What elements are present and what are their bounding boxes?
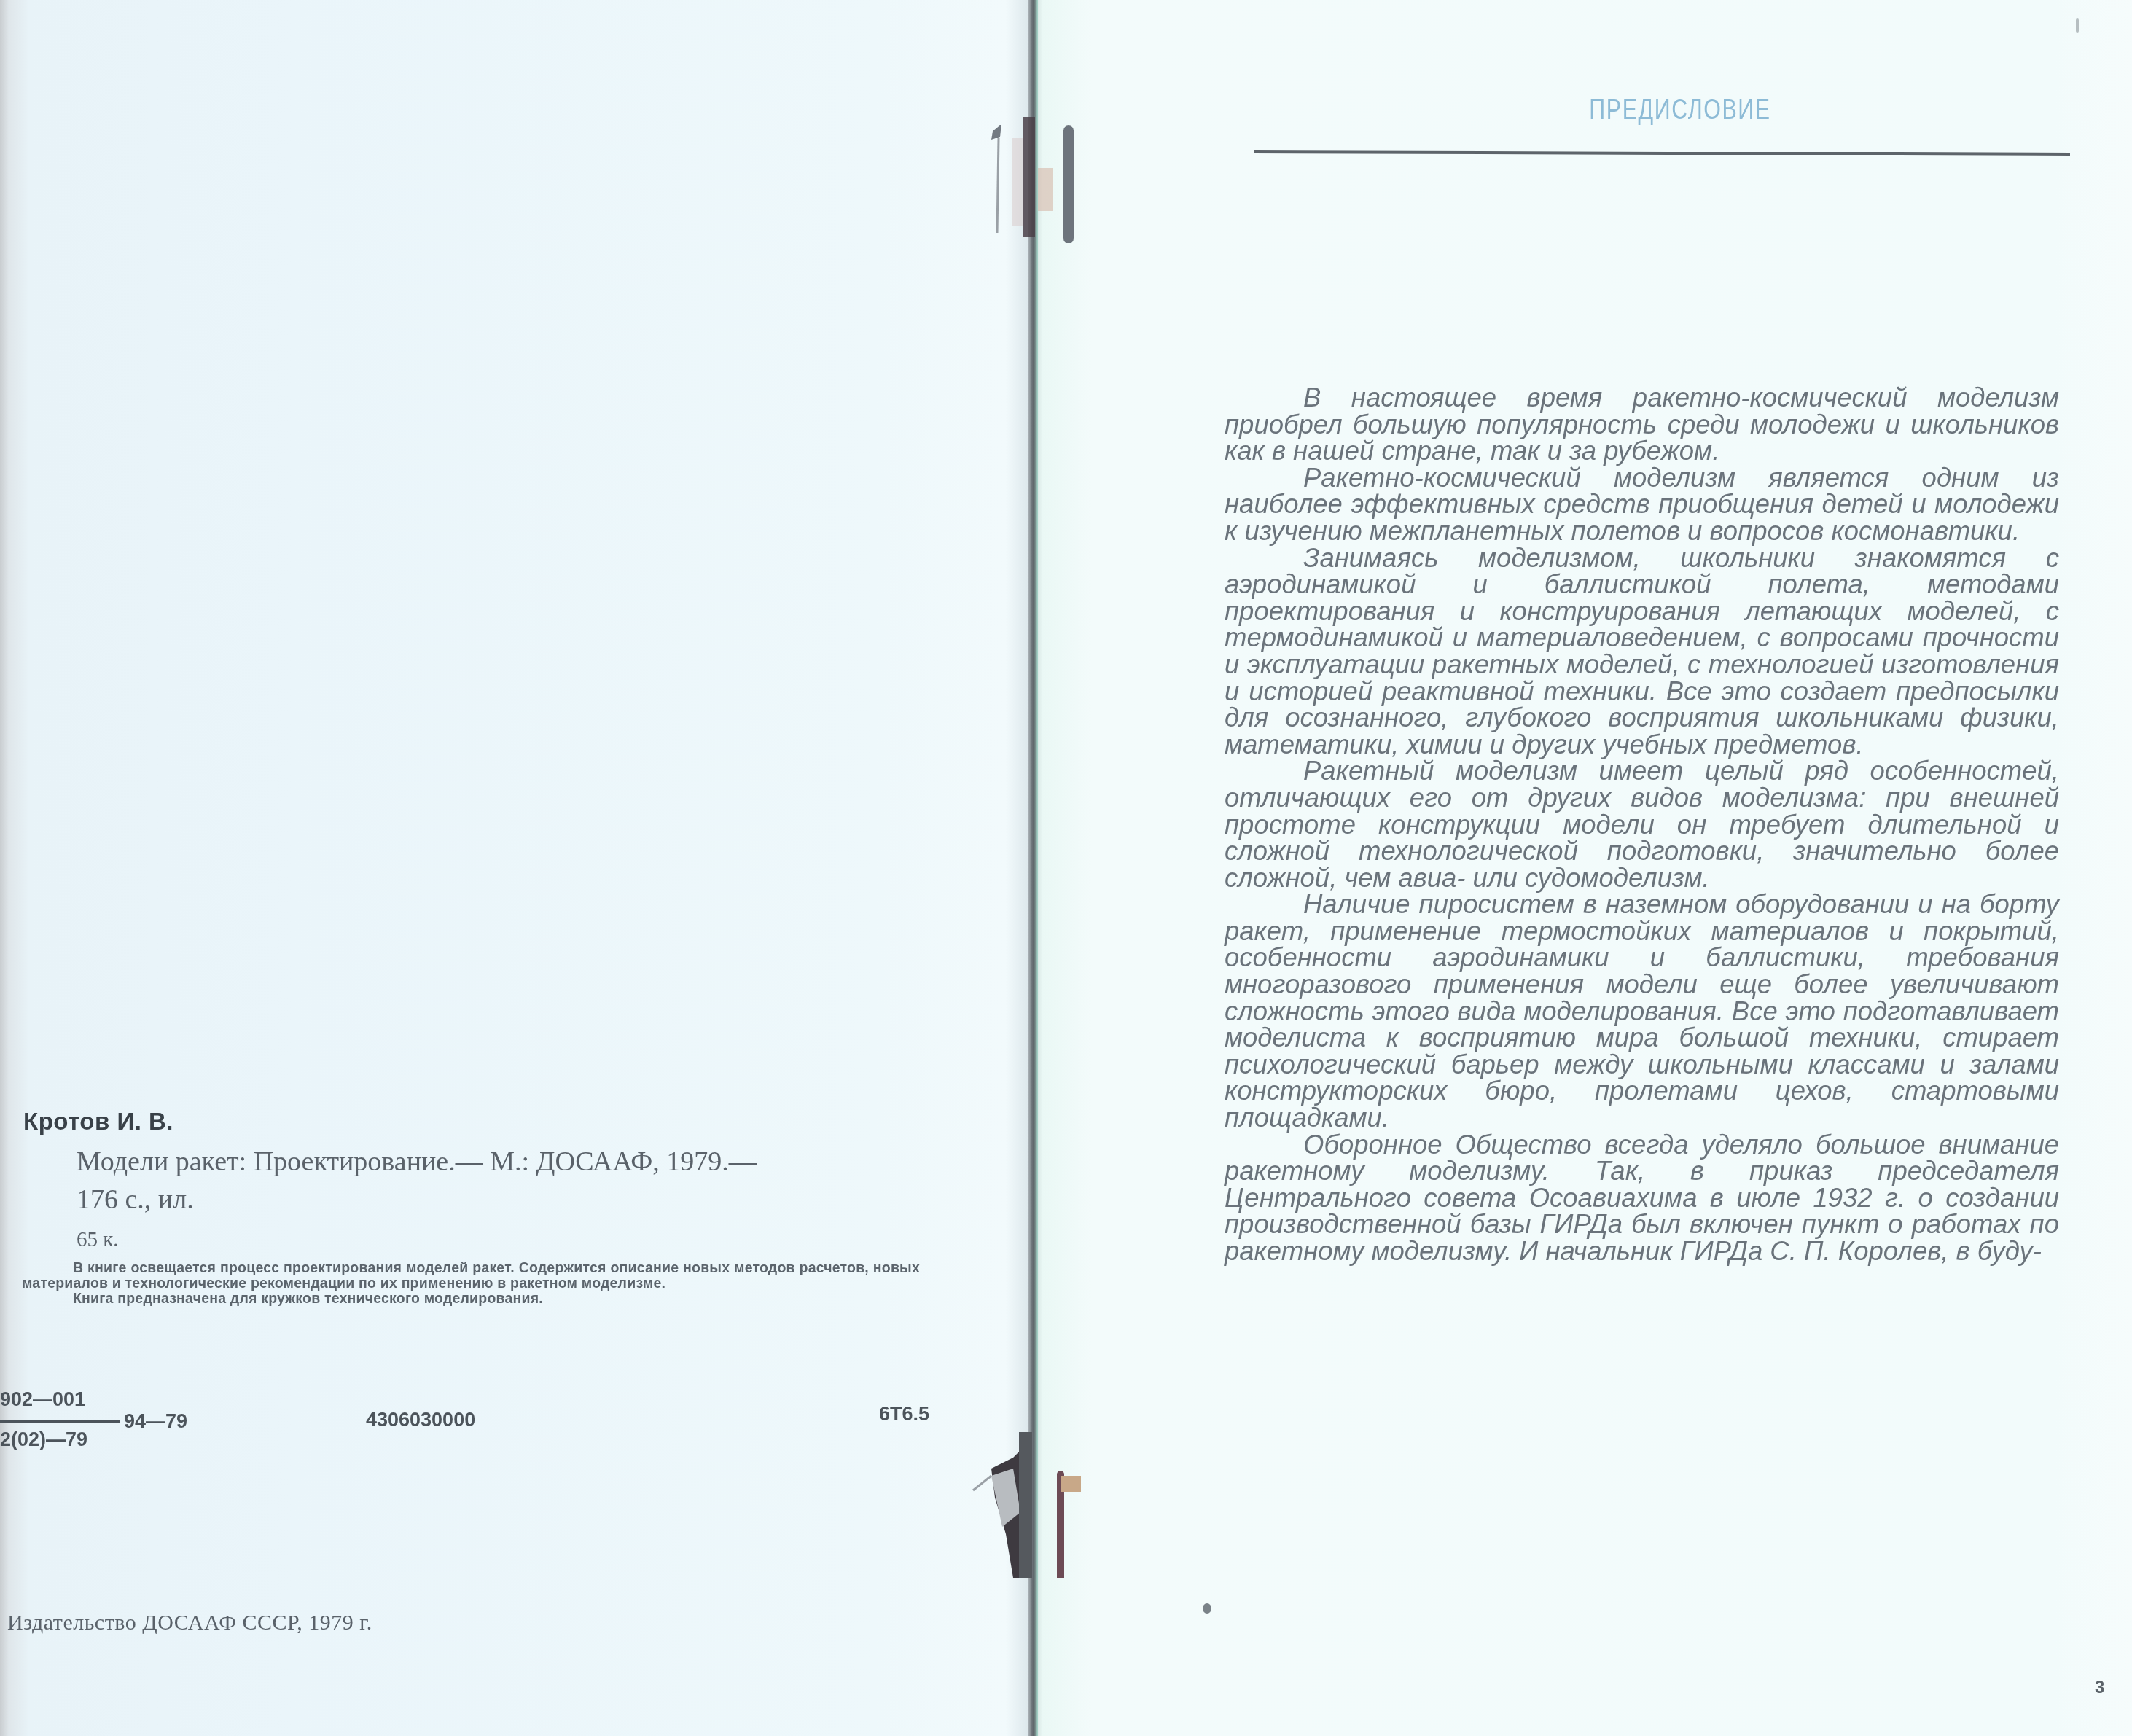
preface-paragraph: Ракетный моделизм имеет целый ряд особен…: [1225, 758, 2059, 891]
fraction-suffix: 94—79: [124, 1410, 187, 1433]
book-spread: Кротов И. В. Модели ракет: Проектировани…: [0, 0, 2132, 1736]
staple-mark-bottom: [969, 1432, 1086, 1578]
left-page: Кротов И. В. Модели ракет: Проектировани…: [0, 0, 1034, 1736]
fraction-denominator: 2(02)—79: [0, 1428, 87, 1451]
fraction-numerator: 902—001: [0, 1388, 85, 1411]
annotation-paragraph: В книге освещается процесс проектировани…: [22, 1261, 920, 1291]
bibliographic-line-1: Модели ракет: Проектирование.— М.: ДОСАА…: [77, 1143, 951, 1181]
staple-mark-top: [985, 109, 1080, 244]
preface-body: В настоящее время ракетно-космический мо…: [1225, 385, 2059, 1265]
author-name: Кротов И. В.: [23, 1108, 173, 1135]
ink-speck: [2076, 18, 2079, 33]
preface-paragraph: Оборонное Общество всегда уделяло большо…: [1225, 1132, 2059, 1265]
chapter-heading: ПРЕДИСЛОВИЕ: [1549, 95, 1811, 126]
price: 65 к.: [77, 1228, 119, 1252]
catalog-number: 4306030000: [366, 1409, 475, 1431]
bibliographic-description: Модели ракет: Проектирование.— М.: ДОСАА…: [77, 1143, 951, 1219]
annotation-paragraph: Книга предназначена для кружков техничес…: [22, 1291, 920, 1307]
ink-speck: [1203, 1603, 1211, 1614]
classification-index: 6Т6.5: [879, 1403, 929, 1426]
publisher-imprint: Издательство ДОСААФ СССР, 1979 г.: [7, 1611, 372, 1635]
page-number: 3: [2095, 1678, 2104, 1698]
fraction-bar: [0, 1420, 120, 1423]
preface-paragraph: Занимаясь моделизмом, школьники знакомят…: [1225, 545, 2059, 759]
preface-paragraph: В настоящее время ракетно-космический мо…: [1225, 385, 2059, 465]
preface-paragraph: Наличие пиросистем в наземном оборудован…: [1225, 891, 2059, 1131]
preface-paragraph: Ракетно-космический моделизм является од…: [1225, 465, 2059, 545]
bibliographic-line-2: 176 с., ил.: [77, 1181, 951, 1219]
catalog-codes: 902—001 2(02)—79 94—79 4306030000 6Т6.5: [0, 1388, 929, 1454]
annotation: В книге освещается процесс проектировани…: [22, 1261, 920, 1307]
